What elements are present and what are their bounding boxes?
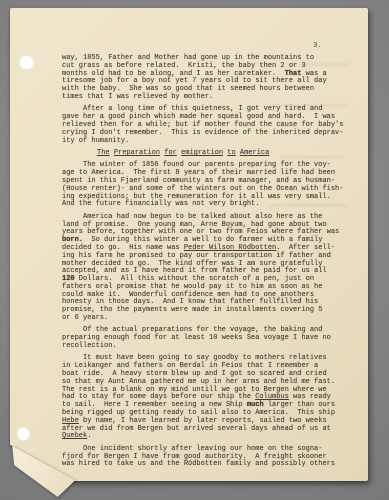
page-number: 3. <box>313 42 322 50</box>
scan-background: 3. way, 1855, Father and Mother had gone… <box>0 0 389 500</box>
folded-corner <box>8 440 78 500</box>
paragraph: After a long time of this quietness, I g… <box>62 106 362 145</box>
text-block: way, 1855, Father and Mother had gone up… <box>62 55 362 474</box>
document-page: 3. way, 1855, Father and Mother had gone… <box>10 8 368 481</box>
paragraph: One incident shortly after leaving our h… <box>62 446 362 469</box>
folded-corner-flap <box>8 440 78 500</box>
paper-sheet: 3. way, 1855, Father and Mother had gone… <box>10 8 368 481</box>
paragraph: America had now begun to be talked about… <box>62 214 362 323</box>
punch-hole-top <box>19 55 34 70</box>
paragraph: way, 1855, Father and Mother had gone up… <box>62 55 362 102</box>
paragraph: Of the actual preparations for the voyag… <box>62 327 362 350</box>
punch-hole-bottom <box>17 427 30 441</box>
paragraph: It must have been going to say goodby to… <box>62 355 362 441</box>
section-heading: The Preparation for emigration to Americ… <box>62 150 362 158</box>
paragraph: The winter of 1856 found our parents pre… <box>62 162 362 209</box>
